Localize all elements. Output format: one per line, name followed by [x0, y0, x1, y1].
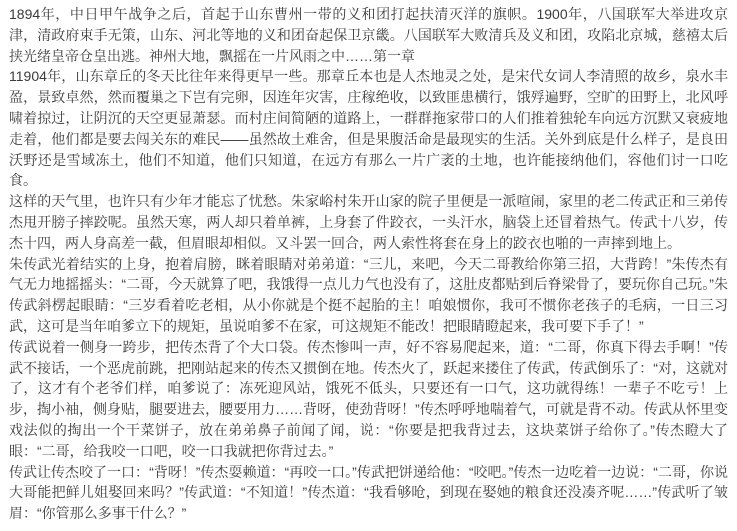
paragraph: 传武让传杰咬了一口：“背呀！”传杰耍赖道：“再咬一口。”传武把饼递给他：“咬吧。… [9, 462, 728, 524]
paragraph: 这样的天气里，也许只有少年才能忘了忧愁。朱家峪村朱开山家的院子里便是一派喧闹，家… [9, 191, 728, 253]
paragraph: 11904年，山东章丘的冬天比往年来得更早一些。那章丘本也是人杰地灵之处，是宋代… [9, 66, 728, 191]
paragraph: 1894年，中日甲午战争之后，首起于山东曹州一带的义和团打起扶清灭洋的旗帜。19… [9, 4, 728, 66]
paragraph: 朱传武光着结实的上身，抱着肩膀，眯着眼睛对弟弟道：“三儿，来吧，今天二哥教给你第… [9, 254, 728, 337]
paragraph: 传武说着一侧身一跨步，把传杰背了个大口袋。传杰惨叫一声，好不容易爬起来，道：“二… [9, 337, 728, 462]
document-page: 1894年，中日甲午战争之后，首起于山东曹州一带的义和团打起扶清灭洋的旗帜。19… [0, 0, 737, 531]
